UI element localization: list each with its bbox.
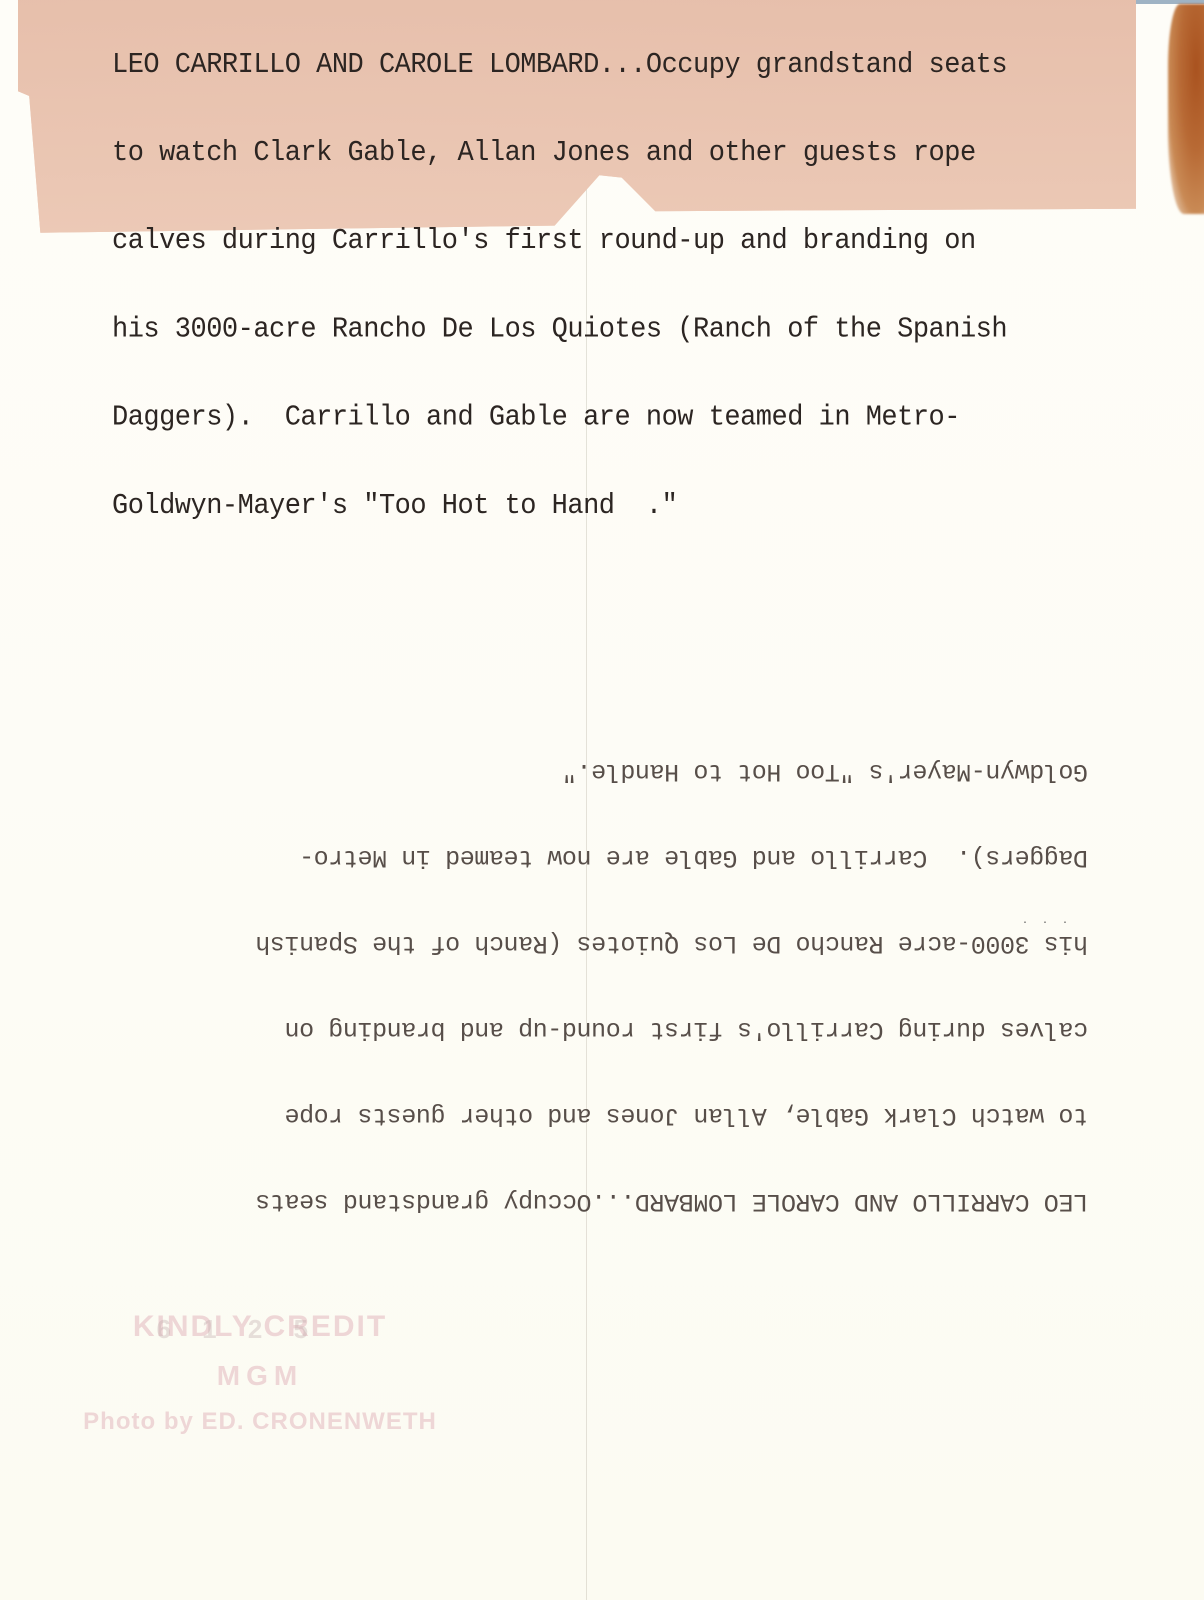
bleed-line: his 3000-acre Rancho De Los Quiotes (Ran… (148, 930, 1088, 958)
caption-line: LEO CARRILLO AND CAROLE LOMBARD...Occupy… (112, 51, 1112, 80)
caption-line: calves during Carrillo's first round-up … (112, 227, 1112, 256)
bleed-line: calves during Carrillo's first round-up … (148, 1016, 1088, 1044)
stamp-studio: MGM (80, 1360, 440, 1392)
stamp-photographer: Photo by ED. CRONENWETH (80, 1408, 440, 1436)
bleed-line: to watch Clark Gable, Allan Jones and ot… (148, 1102, 1088, 1130)
credit-stamp-inner: KINDLY CREDIT MGM Photo by ED. CRONENWET… (80, 1300, 440, 1520)
water-stain (1168, 4, 1204, 214)
caption-line: Daggers). Carrillo and Gable are now tea… (112, 404, 1112, 433)
bleed-line: Goldwyn-Mayer's "Too Hot to Handle." (148, 758, 1088, 786)
caption-line: to watch Clark Gable, Allan Jones and ot… (112, 139, 1112, 168)
ink-specks: . . . (1022, 916, 1072, 927)
stamp-number: 6 1 2 5 (156, 1314, 320, 1345)
photo-back-page: LEO CARRILLO AND CAROLE LOMBARD...Occupy… (0, 0, 1204, 1600)
caption-line: his 3000-acre Rancho De Los Quiotes (Ran… (112, 315, 1112, 344)
bleed-through-caption: LEO CARRILLO AND CAROLE LOMBARD...Occupy… (148, 700, 1088, 1274)
caption-line: Goldwyn-Mayer's "Too Hot to Hand ." (112, 492, 1112, 521)
bleed-line: LEO CARRILLO AND CAROLE LOMBARD...Occupy… (148, 1188, 1088, 1216)
bleed-line: Daggers). Carrillo and Gable are now tea… (148, 844, 1088, 872)
caption-text: LEO CARRILLO AND CAROLE LOMBARD...Occupy… (112, 0, 1112, 580)
credit-stamp: KINDLY CREDIT MGM Photo by ED. CRONENWET… (80, 1300, 440, 1520)
